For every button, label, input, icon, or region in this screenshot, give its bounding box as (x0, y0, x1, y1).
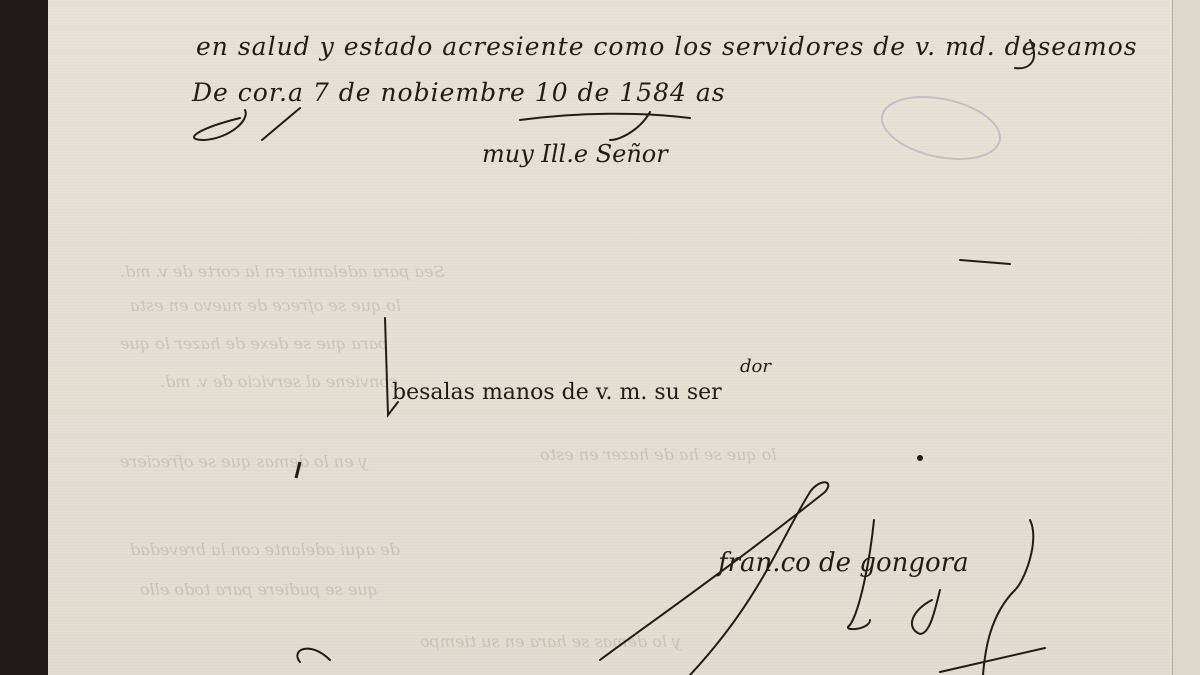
pen-flourishes (0, 0, 1200, 675)
